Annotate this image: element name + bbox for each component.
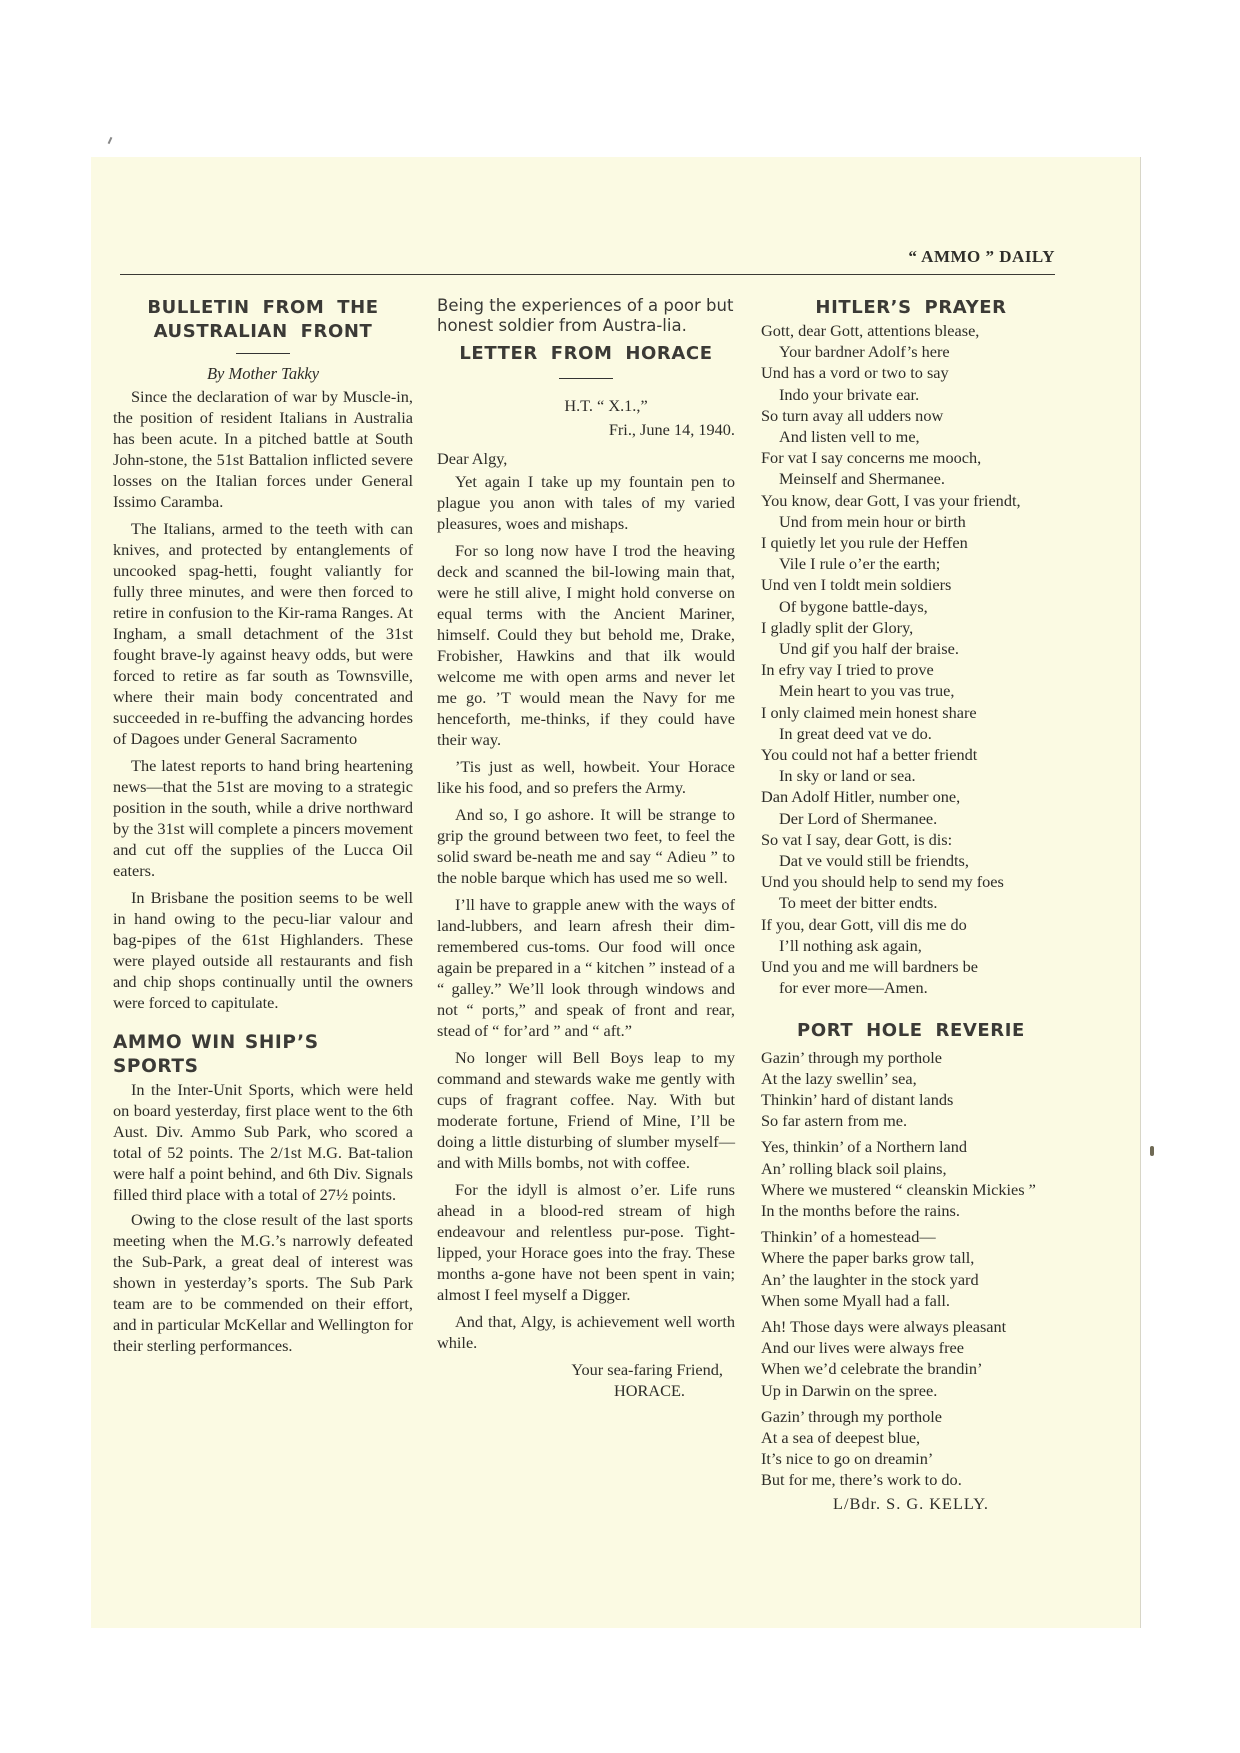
paragraph: In the Inter-Unit Sports, which were hel… bbox=[113, 1079, 413, 1205]
poem-line: Indo your brivate ear. bbox=[761, 384, 1061, 405]
poem-line: Vile I rule o’er the earth; bbox=[761, 553, 1061, 574]
poem-line: In sky or land or sea. bbox=[761, 765, 1061, 786]
poem-line: At the lazy swellin’ sea, bbox=[761, 1068, 1061, 1089]
title-divider bbox=[559, 378, 613, 379]
bulletin-byline: By Mother Takky bbox=[113, 363, 413, 384]
poem-line: Gott, dear Gott, attentions blease, bbox=[761, 320, 1061, 341]
poem-line: Und you and me will bardners be bbox=[761, 956, 1061, 977]
paragraph: For the idyll is almost o’er. Life runs … bbox=[437, 1179, 735, 1305]
stray-pen-mark bbox=[108, 137, 113, 144]
horace-salutation: Dear Algy, bbox=[437, 448, 735, 469]
paragraph: ’Tis just as well, howbeit. Your Horace … bbox=[437, 756, 735, 798]
title-divider bbox=[236, 353, 290, 354]
poem-line: So vat I say, dear Gott, is dis: bbox=[761, 829, 1061, 850]
poem-line: Der Lord of Shermanee. bbox=[761, 808, 1061, 829]
poem-line: Gazin’ through my porthole bbox=[761, 1406, 1061, 1427]
poem-line: So turn avay all udders now bbox=[761, 405, 1061, 426]
reverie-signature: L/Bdr. S. G. KELLY. bbox=[761, 1493, 1061, 1514]
poem-line: An’ the laughter in the stock yard bbox=[761, 1269, 1061, 1290]
poem-line: When we’d celebrate the brandin’ bbox=[761, 1358, 1061, 1379]
paragraph: In Brisbane the position seems to be wel… bbox=[113, 887, 413, 1013]
poem-line: I only claimed mein honest share bbox=[761, 702, 1061, 723]
paragraph: I’ll have to grapple anew with the ways … bbox=[437, 894, 735, 1041]
poem-line: It’s nice to go on dreamin’ bbox=[761, 1448, 1061, 1469]
poem-line: But for me, there’s work to do. bbox=[761, 1469, 1061, 1490]
poem-line: Gazin’ through my porthole bbox=[761, 1047, 1061, 1068]
reverie-lines: Gazin’ through my portholeAt the lazy sw… bbox=[761, 1047, 1061, 1491]
poem-line: Thinkin’ of a homestead— bbox=[761, 1226, 1061, 1247]
paragraph: Since the declaration of war by Muscle-i… bbox=[113, 386, 413, 512]
poem-line: I’ll nothing ask again, bbox=[761, 935, 1061, 956]
poem-line: Of bygone battle-days, bbox=[761, 596, 1061, 617]
sports-title: AMMO WIN SHIP’S SPORTS bbox=[113, 1031, 413, 1079]
poem-line: Meinself and Shermanee. bbox=[761, 468, 1061, 489]
horace-standfirst: Being the experiences of a poor but hone… bbox=[437, 296, 735, 336]
poem-line: Ah! Those days were always pleasant bbox=[761, 1316, 1061, 1337]
poem-line: Where the paper barks grow tall, bbox=[761, 1247, 1061, 1268]
poem-line: And our lives were always free bbox=[761, 1337, 1061, 1358]
poem-line: You know, dear Gott, I vas your friendt, bbox=[761, 490, 1061, 511]
poem-line: I quietly let you rule der Heffen bbox=[761, 532, 1061, 553]
horace-signature: HORACE. bbox=[437, 1380, 735, 1401]
poem-line: I gladly split der Glory, bbox=[761, 617, 1061, 638]
poem-line: Und you should help to send my foes bbox=[761, 871, 1061, 892]
poem-line: Up in Darwin on the spree. bbox=[761, 1380, 1061, 1401]
poem-line: Your bardner Adolf’s here bbox=[761, 341, 1061, 362]
column-1: BULLETIN FROM THE AUSTRALIAN FRONT By Mo… bbox=[113, 296, 413, 1362]
poem-line: Mein heart to you vas true, bbox=[761, 680, 1061, 701]
poem-line: So far astern from me. bbox=[761, 1110, 1061, 1131]
poem-line: For vat I say concerns me mooch, bbox=[761, 447, 1061, 468]
poem-line: Und has a vord or two to say bbox=[761, 362, 1061, 383]
poem-line: Und from mein hour or birth bbox=[761, 511, 1061, 532]
horace-ship: H.T. “ X.1.,” bbox=[437, 395, 735, 416]
prayer-lines: Gott, dear Gott, attentions blease,Your … bbox=[761, 320, 1061, 999]
bulletin-article: BULLETIN FROM THE AUSTRALIAN FRONT By Mo… bbox=[113, 296, 413, 1013]
paragraph: And so, I go ashore. It will be strange … bbox=[437, 804, 735, 888]
poem-line: In efry vay I tried to prove bbox=[761, 659, 1061, 680]
paragraph: For so long now have I trod the heaving … bbox=[437, 540, 735, 750]
poem-line: for ever more—Amen. bbox=[761, 977, 1061, 998]
paragraph: No longer will Bell Boys leap to my comm… bbox=[437, 1047, 735, 1173]
reverie-poem: PORT HOLE REVERIE Gazin’ through my port… bbox=[761, 1019, 1061, 1514]
poem-line: Dan Adolf Hitler, number one, bbox=[761, 786, 1061, 807]
paragraph: Yet again I take up my fountain pen to p… bbox=[437, 471, 735, 534]
paragraph: The Italians, armed to the teeth with ca… bbox=[113, 518, 413, 749]
paragraph: The latest reports to hand bring hearten… bbox=[113, 755, 413, 881]
bulletin-title-line-1: BULLETIN FROM THE bbox=[113, 296, 413, 320]
horace-title: LETTER FROM HORACE bbox=[437, 342, 735, 366]
poem-line: An’ rolling black soil plains, bbox=[761, 1158, 1061, 1179]
sports-article: AMMO WIN SHIP’S SPORTS In the Inter-Unit… bbox=[113, 1031, 413, 1356]
poem-line: In great deed vat ve do. bbox=[761, 723, 1061, 744]
poem-line: Yes, thinkin’ of a Northern land bbox=[761, 1136, 1061, 1157]
horace-date: Fri., June 14, 1940. bbox=[437, 419, 735, 440]
reverie-title: PORT HOLE REVERIE bbox=[761, 1019, 1061, 1043]
poem-line: In the months before the rains. bbox=[761, 1200, 1061, 1221]
poem-line: You could not haf a better friendt bbox=[761, 744, 1061, 765]
prayer-title: HITLER’S PRAYER bbox=[761, 296, 1061, 320]
poem-line: At a sea of deepest blue, bbox=[761, 1427, 1061, 1448]
poem-line: Thinkin’ hard of distant lands bbox=[761, 1089, 1061, 1110]
bulletin-title-line-2: AUSTRALIAN FRONT bbox=[113, 320, 413, 344]
poem-line: Dat ve vould still be friendts, bbox=[761, 850, 1061, 871]
column-2: Being the experiences of a poor but hone… bbox=[437, 296, 735, 1401]
prayer-poem: HITLER’S PRAYER Gott, dear Gott, attenti… bbox=[761, 296, 1061, 999]
poem-line: Und gif you half der braise. bbox=[761, 638, 1061, 659]
poem-line: To meet der bitter endts. bbox=[761, 892, 1061, 913]
paper-edge-mark bbox=[1150, 1146, 1154, 1156]
header-rule bbox=[120, 274, 1055, 275]
poem-line: If you, dear Gott, vill dis me do bbox=[761, 914, 1061, 935]
poem-line: When some Myall had a fall. bbox=[761, 1290, 1061, 1311]
poem-line: Und ven I toldt mein soldiers bbox=[761, 574, 1061, 595]
paragraph: And that, Algy, is achievement well wort… bbox=[437, 1311, 735, 1353]
poem-line: And listen vell to me, bbox=[761, 426, 1061, 447]
running-head: “ AMMO ” DAILY bbox=[120, 247, 1055, 267]
column-3: HITLER’S PRAYER Gott, dear Gott, attenti… bbox=[761, 296, 1061, 1514]
paragraph: Owing to the close result of the last sp… bbox=[113, 1209, 413, 1356]
horace-signoff: Your sea-faring Friend, bbox=[437, 1359, 735, 1380]
poem-line: Where we mustered “ cleanskin Mickies ” bbox=[761, 1179, 1061, 1200]
